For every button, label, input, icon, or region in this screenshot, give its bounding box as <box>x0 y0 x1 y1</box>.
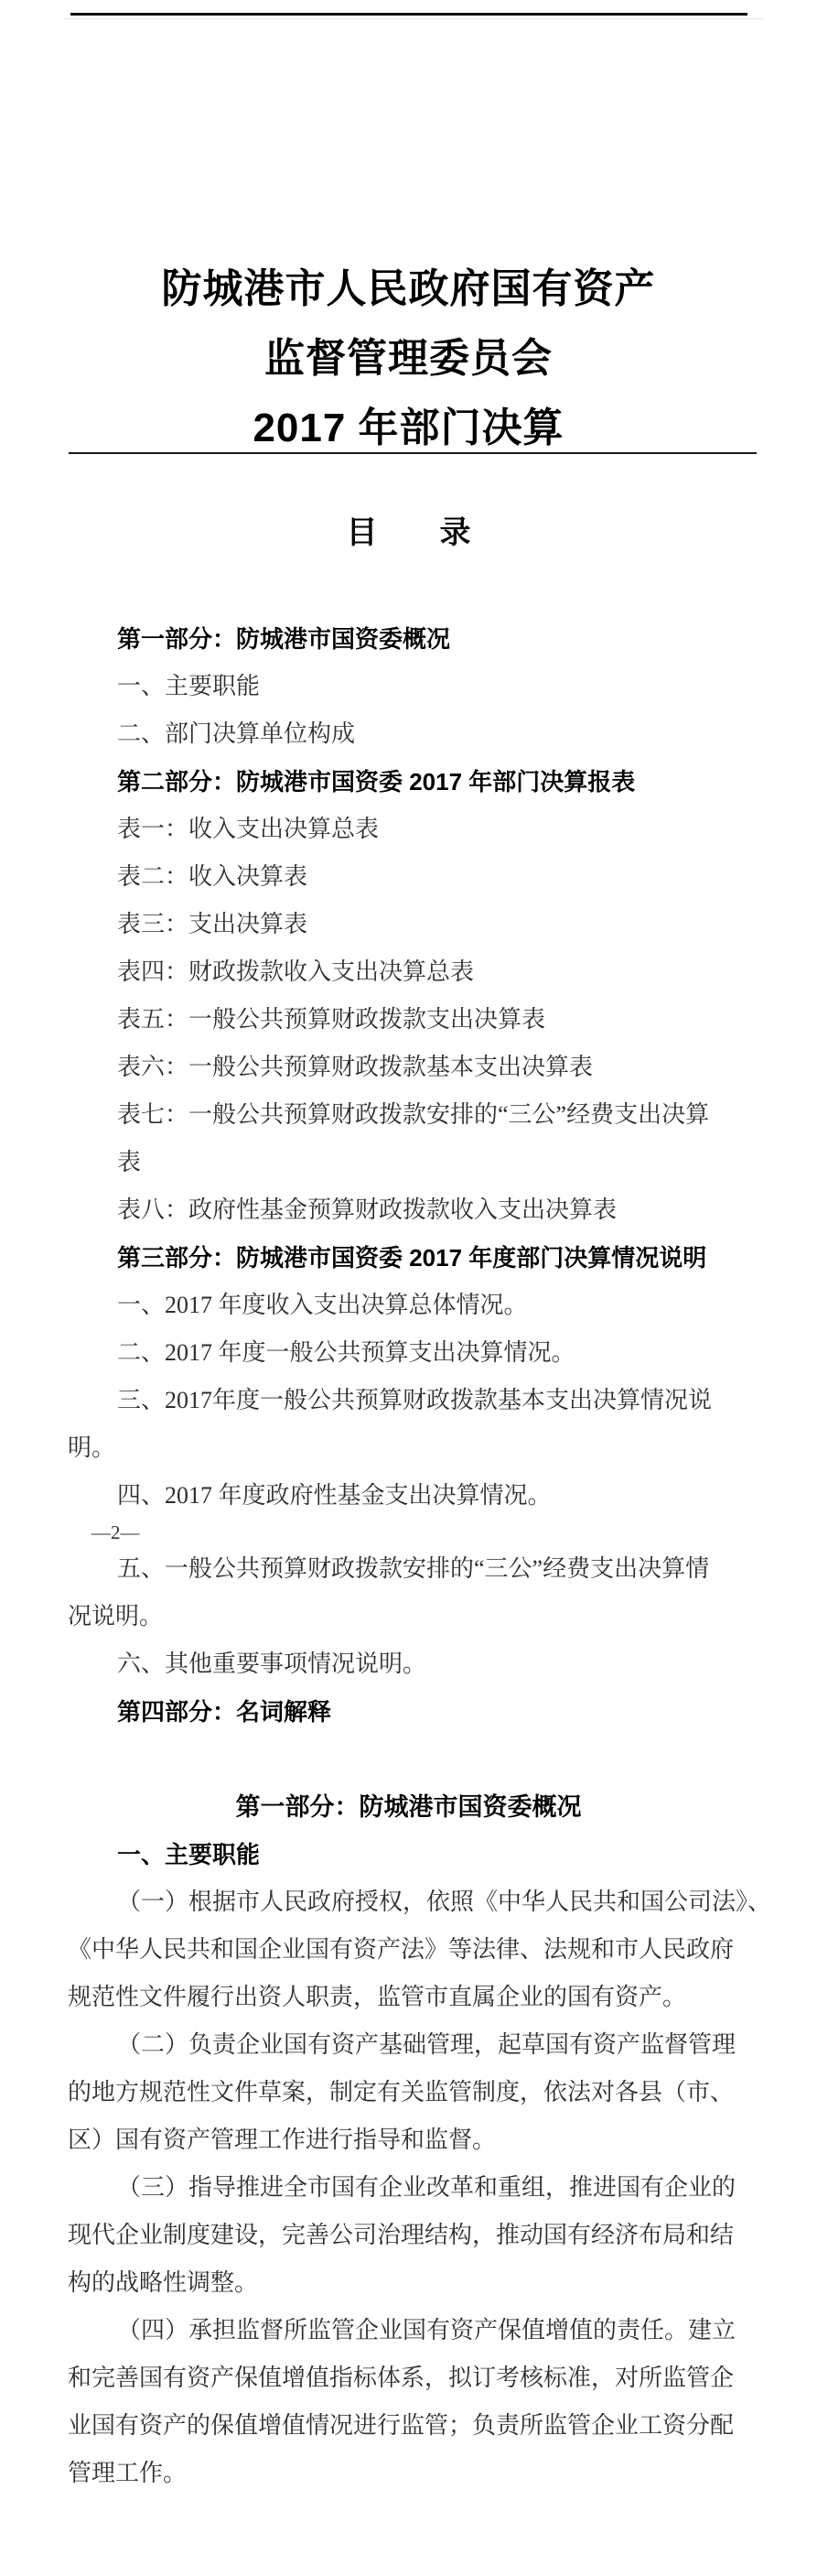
toc-heading: 目 录 <box>0 513 817 553</box>
toc-item-table7-wrap: 表 <box>68 1139 766 1186</box>
subsection-heading-main-functions: 一、主要职能 <box>68 1831 766 1878</box>
top-horizontal-rule <box>70 13 747 16</box>
document-page: 防城港市人民政府国有资产 监督管理委员会 2017 年部门决算 目 录 第一部分… <box>0 0 817 2576</box>
toc-item-note1: 一、2017 年度收入支出决算总体情况。 <box>68 1282 766 1329</box>
body-line: （二）负责企业国有资产基础管理，起草国有资产监督管理 <box>68 2021 766 2069</box>
body-line: 构的战略性调整。 <box>68 2259 766 2307</box>
title-line-1: 防城港市人民政府国有资产 <box>0 254 817 324</box>
toc-item-part4: 第四部分：名词解释 <box>68 1688 766 1736</box>
table-of-contents: 第一部分：防城港市国资委概况 一、主要职能 二、部门决算单位构成 第二部分：防城… <box>0 615 817 1736</box>
document-title: 防城港市人民政府国有资产 监督管理委员会 2017 年部门决算 <box>0 0 817 463</box>
toc-item-note5: 五、一般公共预算财政拨款安排的“三公”经费支出决算情 <box>68 1545 766 1593</box>
page-number: —2— <box>68 1520 766 1545</box>
top-rule-scan-shadow <box>64 18 765 19</box>
body-line: 业国有资产的保值增值情况进行监管；负责所监管企业工资分配 <box>68 2402 766 2450</box>
toc-item-table2: 表二：收入决算表 <box>68 853 766 901</box>
toc-item-note3: 三、2017年度一般公共预算财政拨款基本支出决算情况说 <box>68 1377 766 1424</box>
body-line: （三）指导推进全市国有企业改革和重组，推进国有企业的 <box>68 2164 766 2212</box>
body-line: 现代企业制度建设，完善公司治理结构，推动国有经济布局和结 <box>68 2212 766 2259</box>
title-line-2: 监督管理委员会 <box>0 324 817 394</box>
toc-item-note4: 四、2017 年度政府性基金支出决算情况。 <box>68 1472 766 1520</box>
toc-item-table3: 表三：支出决算表 <box>68 901 766 948</box>
body-line: （四）承担监督所监管企业国有资产保值增值的责任。建立 <box>68 2307 766 2354</box>
toc-item-note6: 六、其他重要事项情况说明。 <box>68 1640 766 1688</box>
section-heading-part1: 第一部分：防城港市国资委概况 <box>0 1783 817 1831</box>
toc-item-part3: 第三部分：防城港市国资委 2017 年度部门决算情况说明 <box>68 1234 766 1282</box>
toc-item-part2: 第二部分：防城港市国资委 2017 年部门决算报表 <box>68 758 766 806</box>
body-line: 和完善国有资产保值增值指标体系，拟订考核标准，对所监管企 <box>68 2354 766 2402</box>
section-content: 一、主要职能 （一）根据市人民政府授权，依照《中华人民共和国公司法》、 《中华人… <box>0 1831 817 2497</box>
body-line: 规范性文件履行出资人职责，监管市直属企业的国有资产。 <box>68 1974 766 2021</box>
toc-item-table5: 表五：一般公共预算财政拨款支出决算表 <box>68 996 766 1044</box>
toc-item-table1: 表一：收入支出决算总表 <box>68 806 766 853</box>
toc-item-note5-wrap: 况说明。 <box>68 1593 766 1640</box>
toc-item-table6: 表六：一般公共预算财政拨款基本支出决算表 <box>68 1044 766 1091</box>
body-line: 《中华人民共和国企业国有资产法》等法律、法规和市人民政府 <box>68 1926 766 1974</box>
toc-item-note3-wrap: 明。 <box>68 1424 766 1472</box>
body-line: （一）根据市人民政府授权，依照《中华人民共和国公司法》、 <box>68 1878 766 1926</box>
body-line: 的地方规范性文件草案，制定有关监管制度，依法对各县（市、 <box>68 2069 766 2116</box>
body-line: 管理工作。 <box>68 2450 766 2497</box>
toc-item-table7: 表七：一般公共预算财政拨款安排的“三公”经费支出决算 <box>68 1091 766 1139</box>
body-line: 区）国有资产管理工作进行指导和监督。 <box>68 2116 766 2164</box>
toc-item-main-functions: 一、主要职能 <box>68 663 766 710</box>
toc-item-note2: 二、2017 年度一般公共预算支出决算情况。 <box>68 1329 766 1377</box>
toc-item-table4: 表四：财政拨款收入支出决算总表 <box>68 948 766 996</box>
toc-item-table8: 表八：政府性基金预算财政拨款收入支出决算表 <box>68 1186 766 1234</box>
toc-item-unit-composition: 二、部门决算单位构成 <box>68 710 766 758</box>
toc-item-part1: 第一部分：防城港市国资委概况 <box>68 615 766 663</box>
